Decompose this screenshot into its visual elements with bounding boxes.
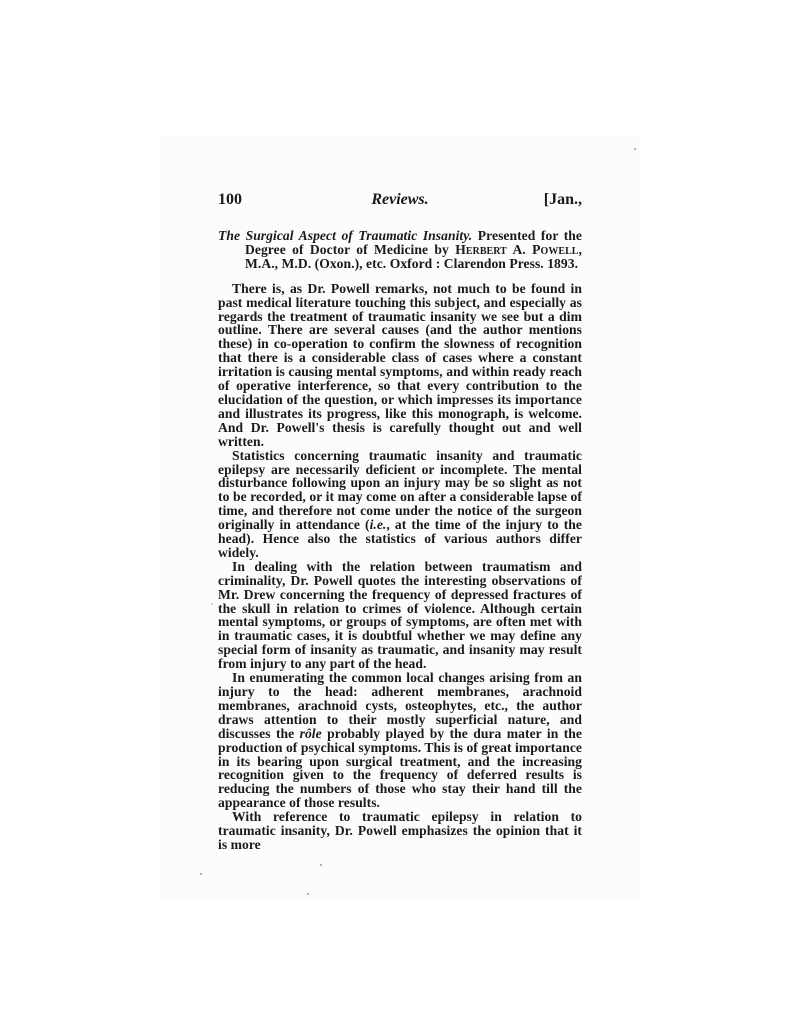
paragraph-4-italic: rôle — [300, 726, 322, 741]
scan-speck — [211, 603, 213, 605]
paragraph-2-italic: i.e. — [370, 517, 387, 532]
citation-author: Herbert A. Powell — [455, 242, 578, 257]
scan-speck — [634, 148, 636, 150]
paragraph-2: Statistics concerning traumatic insanity… — [218, 449, 582, 560]
paragraph-5: With reference to traumatic epilepsy in … — [218, 810, 582, 852]
book-title: The Surgical Aspect of Traumatic Insanit… — [218, 228, 472, 243]
running-head: 100 Reviews. [Jan., — [218, 191, 582, 211]
issue-date: [Jan., — [544, 191, 582, 209]
section-title: Reviews. — [218, 191, 582, 209]
scan-speck — [200, 873, 202, 875]
book-citation: The Surgical Aspect of Traumatic Insanit… — [218, 229, 582, 271]
paragraph-3: In dealing with the relation between tra… — [218, 560, 582, 671]
article-body: The Surgical Aspect of Traumatic Insanit… — [218, 229, 582, 852]
scan-speck — [320, 864, 322, 866]
scan-speck — [307, 893, 309, 895]
paragraph-1: There is, as Dr. Powell remarks, not muc… — [218, 282, 582, 449]
paragraph-4: In enumerating the common local changes … — [218, 671, 582, 810]
